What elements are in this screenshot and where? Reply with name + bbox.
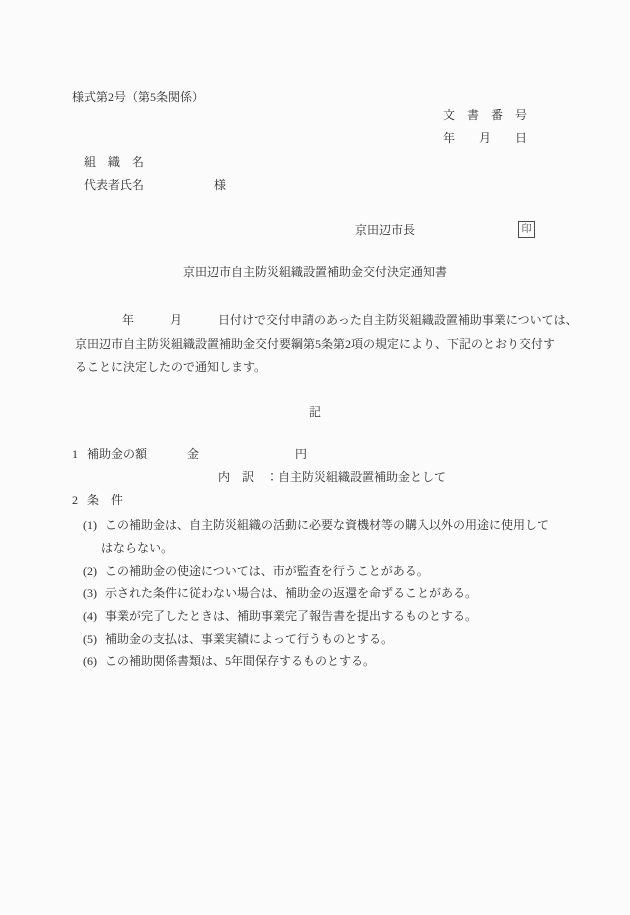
condition-3-text: 示された条件に従わない場合は、補助金の返還を命ずることがある。: [105, 586, 477, 601]
document-number-label: 文 書 番 号: [443, 108, 527, 123]
item-2-label: 条 件: [87, 493, 123, 508]
honorific-label: 様: [214, 178, 226, 193]
record-marker: 記: [0, 405, 630, 420]
condition-4-number: (4): [83, 609, 97, 624]
item-1-number: 1: [72, 447, 78, 462]
amount-prefix: 金: [187, 447, 199, 462]
item-1-label: 補助金の額: [87, 447, 147, 462]
condition-4-text: 事業が完了したときは、補助事業完了報告書を提出するものとする。: [105, 609, 477, 624]
issue-date-placeholder: 年 月 日: [443, 131, 527, 146]
amount-unit: 円: [295, 447, 307, 462]
item-2-number: 2: [72, 493, 78, 508]
body-paragraph-line-3: ることに決定したので通知します。: [75, 360, 266, 375]
condition-5-text: 補助金の支払は、事業実績によって行うものとする。: [105, 632, 393, 647]
condition-6-text: この補助関係書類は、5年間保存するものとする。: [105, 654, 375, 669]
condition-6-number: (6): [83, 654, 97, 669]
condition-2-number: (2): [83, 564, 97, 579]
organization-name-label: 組 織 名: [84, 155, 144, 170]
form-number: 様式第2号（第5条関係）: [72, 90, 204, 105]
mayor-name: 京田辺市長: [355, 223, 415, 238]
condition-2-text: この補助金の使途については、市が監査を行うことがある。: [105, 564, 429, 579]
body-paragraph-line-2: 京田辺市自主防災組織設置補助金交付要綱第5条第2項の規定により、下記のとおり交付…: [75, 337, 555, 352]
document-page: 様式第2号（第5条関係） 文 書 番 号 年 月 日 組 織 名 代表者氏名 様…: [0, 0, 630, 915]
condition-3-number: (3): [83, 586, 97, 601]
amount-breakdown: 内 訳 ：自主防災組織設置補助金として: [218, 470, 446, 485]
document-title: 京田辺市自主防災組織設置補助金交付決定通知書: [0, 265, 630, 280]
representative-name-label: 代表者氏名: [84, 178, 144, 193]
seal-stamp-icon: 印: [518, 221, 535, 238]
condition-1-number: (1): [83, 518, 97, 533]
condition-1-text-continued: はならない。: [101, 541, 173, 556]
body-paragraph-line-1: 年 月 日付けで交付申請のあった自主防災組織設置補助事業については、: [122, 313, 578, 328]
condition-5-number: (5): [83, 632, 97, 647]
condition-1-text: この補助金は、自主防災組織の活動に必要な資機材等の購入以外の用途に使用して: [105, 518, 549, 533]
